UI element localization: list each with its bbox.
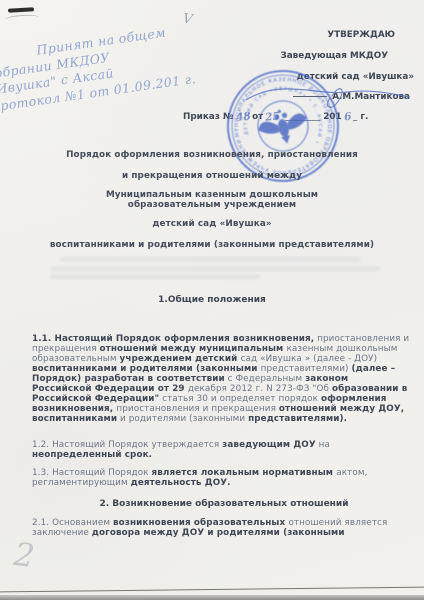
text-segment: приостановления и прекращения [116, 404, 279, 414]
bleed-through-mark [50, 274, 260, 279]
text-segment: заведующим ДОУ [222, 440, 316, 450]
text-segment: с Федеральным [225, 374, 305, 384]
round-seal-stamp: МУНИЦИПАЛЬНОЕ КАЗЕННОЕ ДОШКОЛЬНОЕ ОБРАЗО… [224, 64, 342, 188]
text-segment: 1.3. Настоящий Порядок [32, 468, 152, 478]
document-title-line: детский сад «Ивушка» [0, 219, 424, 229]
text-segment: является локальным нормативным [152, 468, 337, 478]
handwritten-note: Принят на общем собрании МКДОУ „Ивушка" … [0, 21, 201, 116]
text-segment: декабря 2012 г. N 273-ФЗ "Об [188, 384, 332, 394]
document-title-line: и прекращения отношений между [0, 171, 424, 181]
text-segment: и родителями (законными [117, 414, 248, 424]
text-segment: представителями). [248, 414, 347, 424]
paragraph-1-2: 1.2. Настоящий Порядок утверждается заве… [32, 440, 410, 460]
paragraph-1-3: 1.3. Настоящий Порядок является локальны… [32, 468, 410, 488]
scanned-document-page: V Принят на общем собрании МКДОУ „Ивушка… [0, 0, 424, 600]
bleed-through-mark [50, 266, 380, 271]
text-segment: договора между ДОУ и родителями (законны… [92, 528, 345, 538]
section-2-heading: 2. Возникновение образовательных отношен… [0, 499, 424, 509]
bleed-through-mark [60, 257, 360, 262]
document-title-line: воспитанниками и родителями (законными п… [0, 240, 424, 250]
section-1-heading: 1.Общие положения [0, 295, 424, 305]
text-segment: возникновения образовательных [113, 518, 288, 528]
approval-word: УТВЕРЖДАЮ [327, 30, 414, 40]
scan-bottom-edge [0, 595, 424, 600]
text-segment: г. [357, 112, 368, 122]
approver-name: А.М.Мантикова [332, 92, 410, 102]
staple-shadow-mark [5, 14, 39, 23]
text-segment: неопределенный срок. [32, 450, 152, 460]
paragraph-2-1: 2.1. Основанием возникновения образовате… [32, 518, 410, 538]
approver-title: Заведующая МКДОУ [280, 51, 414, 61]
text-segment: статья 30 и определяет порядок [159, 394, 321, 404]
scan-edge-line [0, 587, 424, 593]
text-segment: воспитанниками и родителями (законными [32, 364, 261, 374]
handwritten-entry: 6 [341, 110, 354, 123]
text-segment: деятельность ДОУ. [131, 478, 231, 488]
document-title-line: образовательным учреждением [0, 200, 424, 210]
text-segment: отношений между муниципальным [100, 344, 287, 354]
text-segment: на [316, 440, 330, 450]
text-segment: учреждением детский [120, 354, 241, 364]
text-segment: 1.1. Настоящий Порядок оформления возник… [32, 334, 314, 344]
staple-mark [8, 7, 34, 12]
paragraph-1-1: 1.1. Настоящий Порядок оформления возник… [32, 334, 410, 424]
document-title-line: Порядок оформления возникновения, приост… [0, 150, 424, 160]
handwritten-page-number: 2 [12, 535, 37, 575]
text-segment: представителями) [261, 364, 352, 374]
text-segment: сад «Ивушка » (далее - ДОУ) [241, 354, 378, 364]
document-title-line: Муниципальным казенным дошкольным [0, 190, 424, 200]
text-segment: 1.2. Настоящий Порядок утверждается [32, 440, 222, 450]
text-segment: 2.1. Основанием [32, 518, 113, 528]
